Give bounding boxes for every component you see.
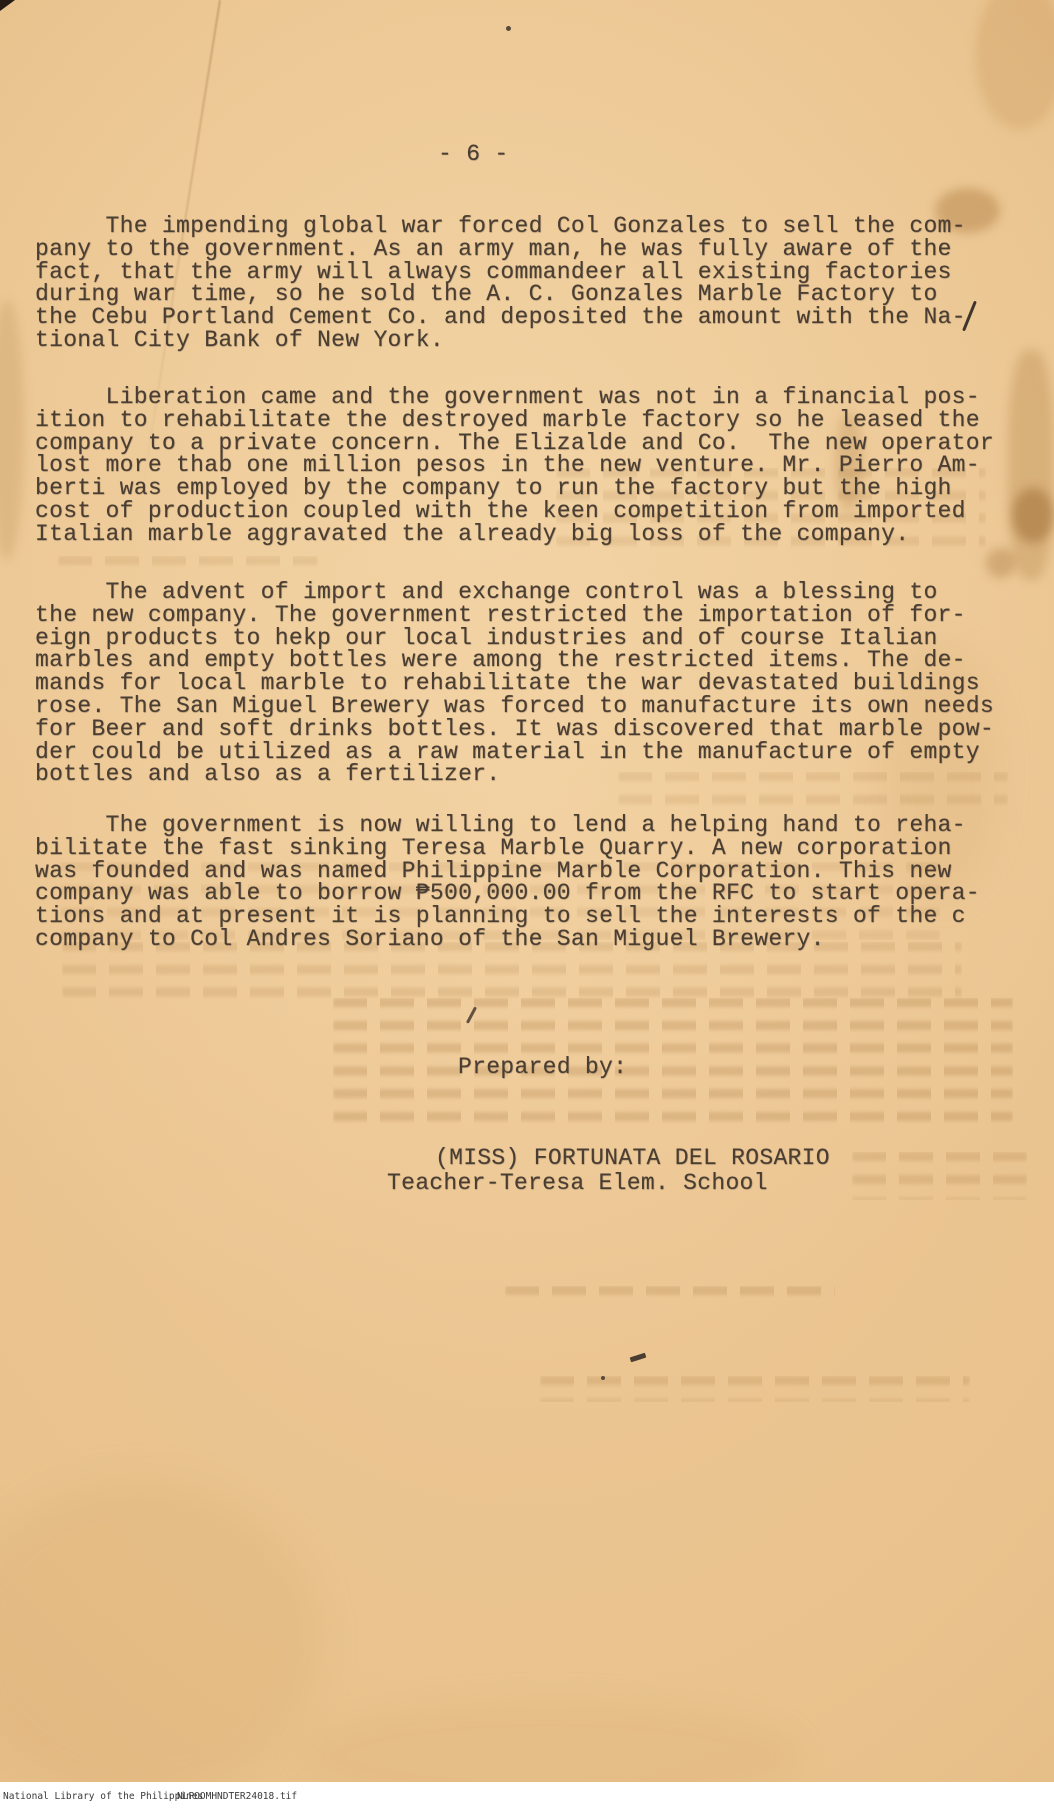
pen-dash-mark [630, 1353, 647, 1363]
stain [1008, 350, 1054, 580]
stain [0, 1480, 320, 1800]
bleedthrough-text [852, 1152, 1027, 1200]
signature-title: Teacher-Teresa Elem. School [387, 1172, 768, 1195]
corner-shadow-mark [0, 0, 15, 11]
stain [975, 0, 1054, 130]
paragraph-4: The government is now willing to lend a … [35, 814, 980, 951]
page-number: - 6 - [438, 143, 509, 166]
prepared-by-label: Prepared by: [458, 1056, 627, 1079]
paragraph-1: The impending global war forced Col Gonz… [35, 215, 966, 352]
footer-institution-label: National Library of the Philippines [3, 1791, 203, 1802]
ink-speck [601, 1376, 605, 1380]
ink-speck [506, 26, 511, 31]
bleedthrough-text [58, 556, 318, 576]
bleedthrough-text [540, 1376, 970, 1402]
scan-footer-strip: National Library of the Philippines NLPO… [0, 1782, 1054, 1808]
stain [1012, 488, 1054, 543]
footer-filename-label: NLPOOMHNDTER24018.tif [177, 1791, 297, 1802]
signature-name: (MISS) FORTUNATA DEL ROSARIO [435, 1147, 830, 1170]
paragraph-2: Liberation came and the government was n… [35, 386, 994, 546]
stain [0, 300, 24, 560]
scanned-page-paper: - 6 - The impending global war forced Co… [0, 0, 1054, 1782]
bleedthrough-text [505, 1286, 835, 1308]
stain [986, 548, 1016, 578]
paragraph-3: The advent of import and exchange contro… [35, 581, 994, 786]
bleedthrough-text [333, 998, 1013, 1124]
